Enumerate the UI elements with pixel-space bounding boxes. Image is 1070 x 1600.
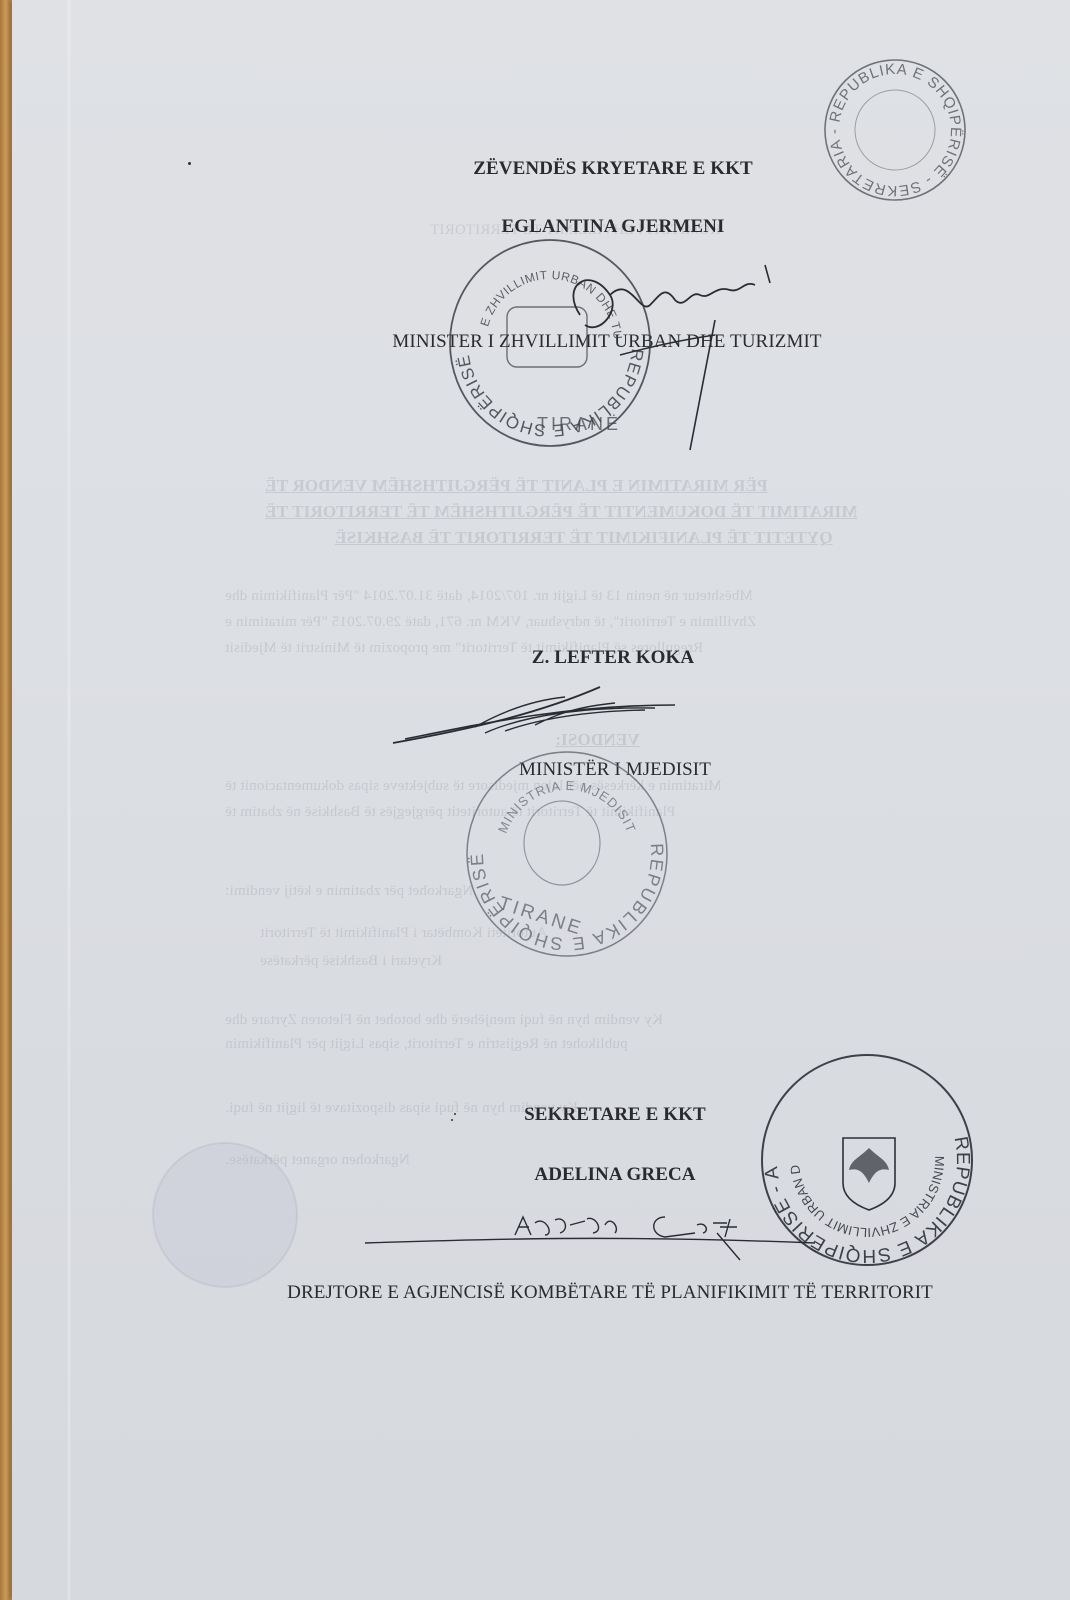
paper-speck <box>451 1119 453 1121</box>
stamp-sekretaria: REPUBLIKA E SHQIPËRISË - SEKRETARIA - <box>820 55 970 205</box>
signature-greca <box>365 1205 825 1270</box>
stamp-ministria-mjedisit: REPUBLIKA E SHQIPËRISË - MINISTRIA E MJE… <box>462 748 672 960</box>
paper-fold-crease <box>67 0 71 1600</box>
signature-gjermeni <box>540 255 800 460</box>
svg-text:MINISTRIA E MJEDISIT: MINISTRIA E MJEDISIT <box>495 778 639 835</box>
paper-speck <box>188 162 191 165</box>
paper-speck <box>454 1113 456 1115</box>
svg-text:REPUBLIKA E SHQIPËRISË - SEKRE: REPUBLIKA E SHQIPËRISË - SEKRETARIA - <box>826 61 964 199</box>
signatory-2-name: Z. LEFTER KOKA <box>78 647 1070 669</box>
faint-stamp-bleed <box>148 1138 303 1293</box>
